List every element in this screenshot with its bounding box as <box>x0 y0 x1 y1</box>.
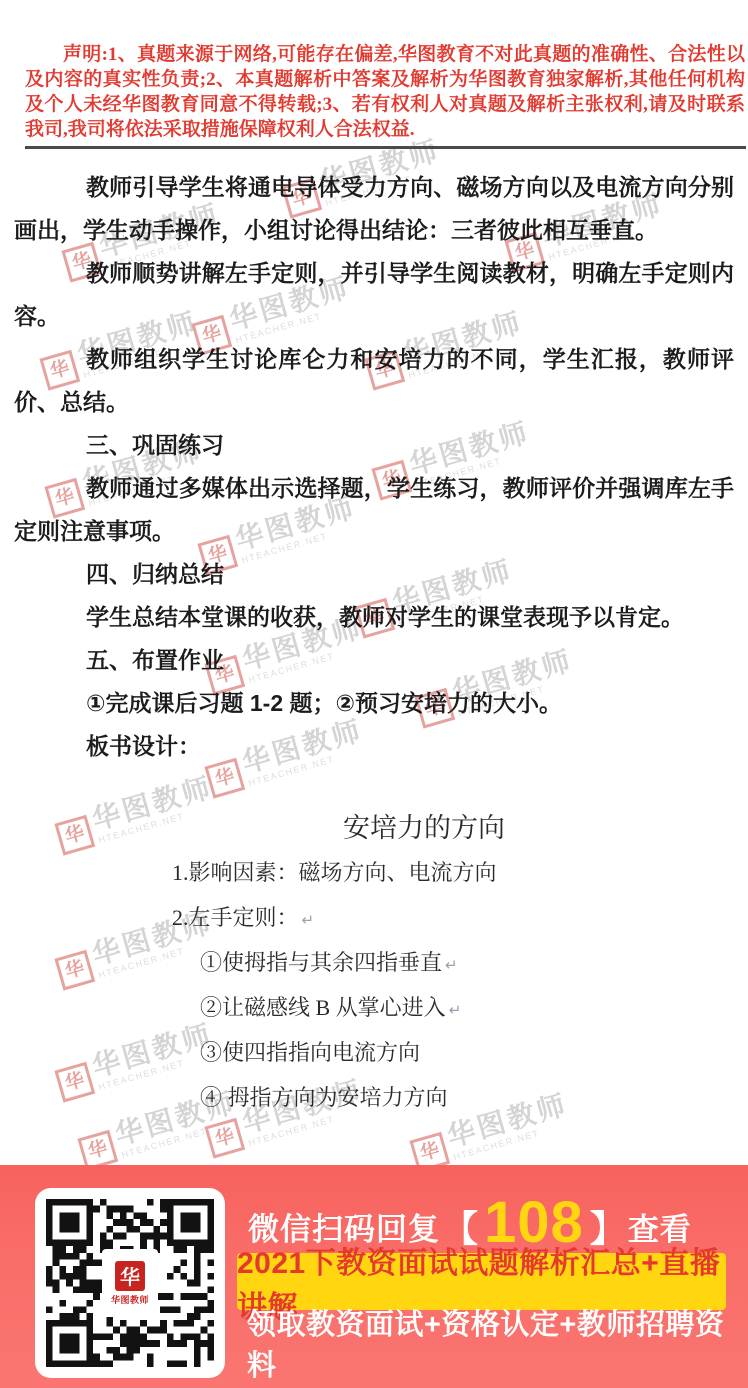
qr-card: 华 华图教师 <box>35 1188 225 1378</box>
section-heading: 板书设计： <box>14 725 734 768</box>
board-line: ①使拇指与其余四指垂直↵ <box>200 940 748 985</box>
paragraph: 学生总结本堂课的收获，教师对学生的课堂表现予以肯定。 <box>14 596 734 639</box>
qr-logo-label: 华图教师 <box>111 1293 149 1306</box>
qr-center-logo: 华 华图教师 <box>102 1249 158 1317</box>
promo-banner: 华 华图教师 微信扫码回复 【 108 】 查看 2021下教资面试试题解析汇总… <box>0 1165 748 1388</box>
paragraph: ①完成课后习题 1-2 题；②预习安培力的大小。 <box>14 682 734 725</box>
huatu-logo-icon: 华 <box>115 1261 145 1291</box>
disclaimer-text: 1、真题来源于网络,可能存在偏差,华图教育不对此真题的准确性、合法性以及内容的真… <box>25 44 745 140</box>
paragraph: 教师引导学生将通电导体受力方向、磁场方向以及电流方向分别画出，学生动手操作，小组… <box>14 166 734 252</box>
board-title: 安培力的方向 <box>100 806 748 850</box>
section-heading: 三、巩固练习 <box>14 424 734 467</box>
section-heading: 四、归纳总结 <box>14 553 734 596</box>
return-mark-icon: ↵ <box>302 911 315 929</box>
board-line: ④ 拇指方向为安培力方向 <box>200 1075 748 1120</box>
disclaimer: 声明:1、真题来源于网络,可能存在偏差,华图教育不对此真题的准确性、合法性以及内… <box>25 42 745 142</box>
board-line: 2.左手定则：↵ <box>172 895 748 940</box>
board-line: ③使四指指向电流方向 <box>200 1030 748 1075</box>
paragraph: 教师顺势讲解左手定则，并引导学生阅读教材，明确左手定则内容。 <box>14 252 734 338</box>
footer-resources-line: 领取教资面试+资格认定+教师招聘资料 <box>247 1317 748 1369</box>
disclaimer-label: 声明: <box>63 44 108 65</box>
return-mark-icon: ↵ <box>445 956 458 974</box>
divider-line <box>25 146 746 149</box>
board-line: 1.影响因素：磁场方向、电流方向 <box>172 850 748 895</box>
section-heading: 五、布置作业 <box>14 639 734 682</box>
return-mark-icon: ↵ <box>449 1001 462 1019</box>
board-line: ②让磁感线 B 从掌心进入↵ <box>200 985 748 1030</box>
blackboard-design: 安培力的方向 1.影响因素：磁场方向、电流方向 2.左手定则：↵ ①使拇指与其余… <box>0 806 748 1120</box>
document-page: { "disclaimer": { "label": "声明:", "text"… <box>0 0 748 1388</box>
paragraph: 教师组织学生讨论库仑力和安培力的不同，学生汇报，教师评价、总结。 <box>14 338 734 424</box>
huatu-logo-icon: 华 <box>204 1118 245 1159</box>
lesson-body: 教师引导学生将通电导体受力方向、磁场方向以及电流方向分别画出，学生动手操作，小组… <box>14 166 734 768</box>
paragraph: 教师通过多媒体出示选择题，学生练习，教师评价并强调库左手定则注意事项。 <box>14 467 734 553</box>
